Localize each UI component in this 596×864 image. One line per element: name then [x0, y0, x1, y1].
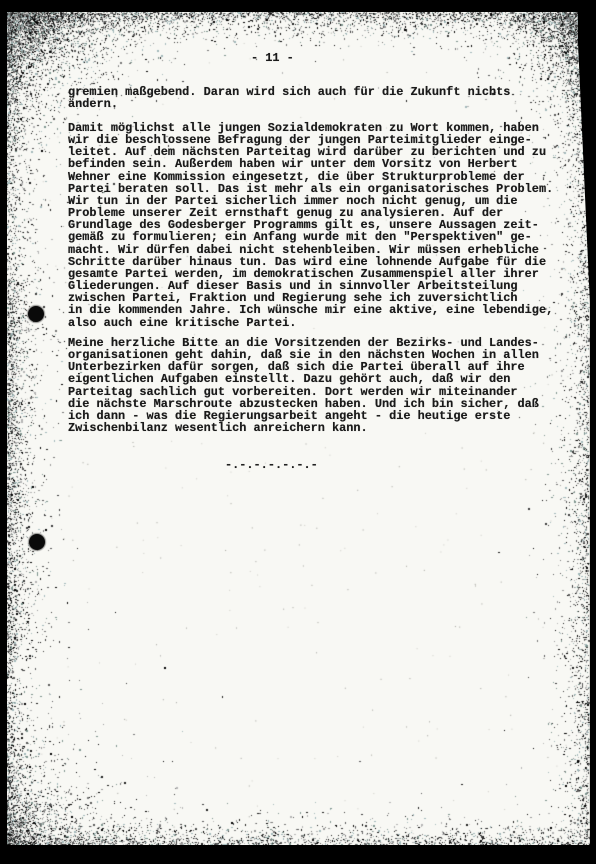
hole-punch-upper: [28, 306, 44, 322]
section-separator: -.-.-.-.-.-.-: [225, 459, 318, 471]
hole-punch-lower: [29, 534, 45, 550]
scan-border-bottom: [0, 845, 596, 864]
paragraph-2: Damit möglichst alle jungen Sozialdemokr…: [68, 122, 553, 329]
scan-border-left: [0, 0, 7, 864]
paragraph-3: Meine herzliche Bitte an die Vorsitzende…: [68, 337, 539, 434]
scan-border-top: [0, 0, 596, 12]
paragraph-1: gremien maßgebend. Daran wird sich auch …: [68, 86, 510, 110]
page-number: - 11 -: [251, 52, 294, 64]
